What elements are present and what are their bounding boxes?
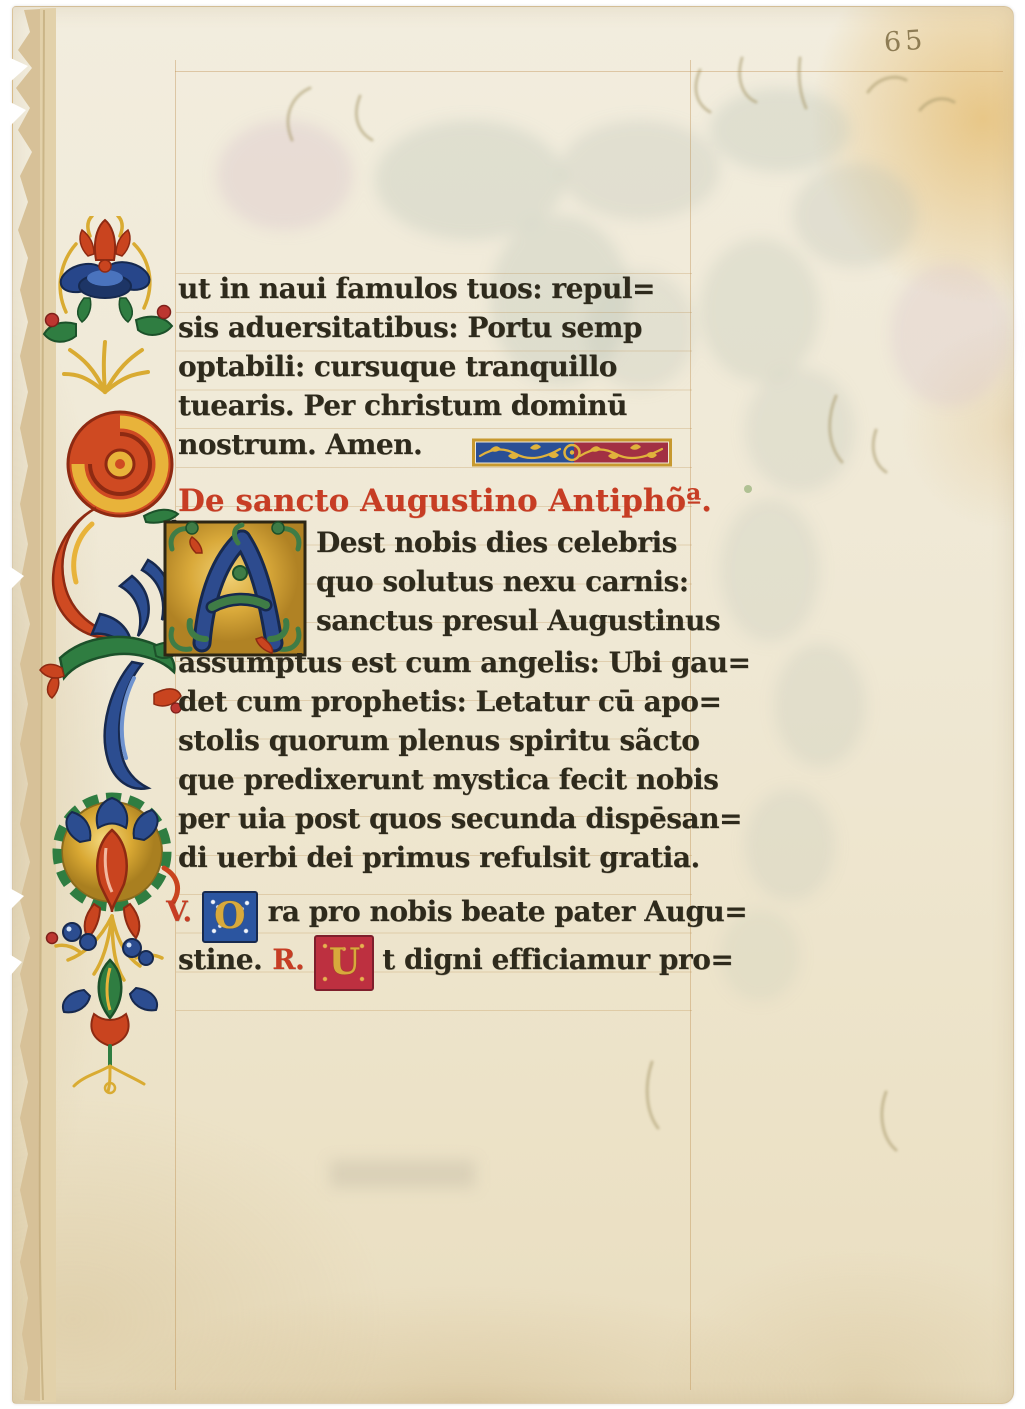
response-line: stine. R. U t digni efficiamur pro= — [178, 941, 733, 991]
text-line: que predixerunt mystica fecit nobis — [178, 761, 718, 799]
response-mark: R. — [272, 941, 304, 979]
text-line: sanctus presul Augustinus — [316, 602, 720, 640]
versicle-mark: V. — [166, 893, 192, 931]
versal-o: O — [202, 891, 258, 943]
text-line: stolis quorum plenus spiritu sãcto — [178, 722, 699, 760]
text-line: ra pro nobis beate pater Augu= — [268, 893, 748, 931]
versal-u-letter: U — [329, 941, 360, 983]
text-line: per uia post quos secunda dispēsan= — [178, 800, 742, 838]
versicle-line: V. O ra pro nobis beate pater Augu= — [178, 893, 747, 943]
text-line: det cum prophetis: Letatur cū apo= — [178, 683, 721, 721]
manuscript-leaf: 65 — [0, 0, 1025, 1409]
text-line: nostrum. Amen. — [178, 426, 422, 464]
text-line: stine. — [178, 941, 262, 979]
text-block: ut in naui famulos tuos: repul= sis adue… — [178, 266, 700, 1046]
text-line: tuearis. Per christum dominū — [178, 387, 627, 425]
text-line: t digni efficiamur pro= — [382, 941, 733, 979]
text-line: ut in naui famulos tuos: repul= — [178, 270, 655, 308]
text-line: sis aduersitatibus: Portu semp — [178, 309, 642, 347]
folio-number: 65 — [883, 25, 927, 59]
text-line: optabili: cursuque tranquillo — [178, 348, 617, 386]
text-line: di uerbi dei primus refulsit gratia. — [178, 839, 700, 877]
versal-u: U — [314, 935, 374, 991]
versal-o-letter: O — [214, 895, 245, 937]
line-filler-ornament — [472, 436, 672, 469]
ruling-horizontal-top — [175, 71, 1003, 72]
text-line: quo solutus nexu carnis: — [316, 563, 689, 601]
text-line: assumptus est cum angelis: Ubi gau= — [178, 644, 751, 682]
rubric-line: De sancto Augustino Antiphõª. — [178, 482, 712, 520]
text-line: Dest nobis dies celebris — [316, 524, 677, 562]
